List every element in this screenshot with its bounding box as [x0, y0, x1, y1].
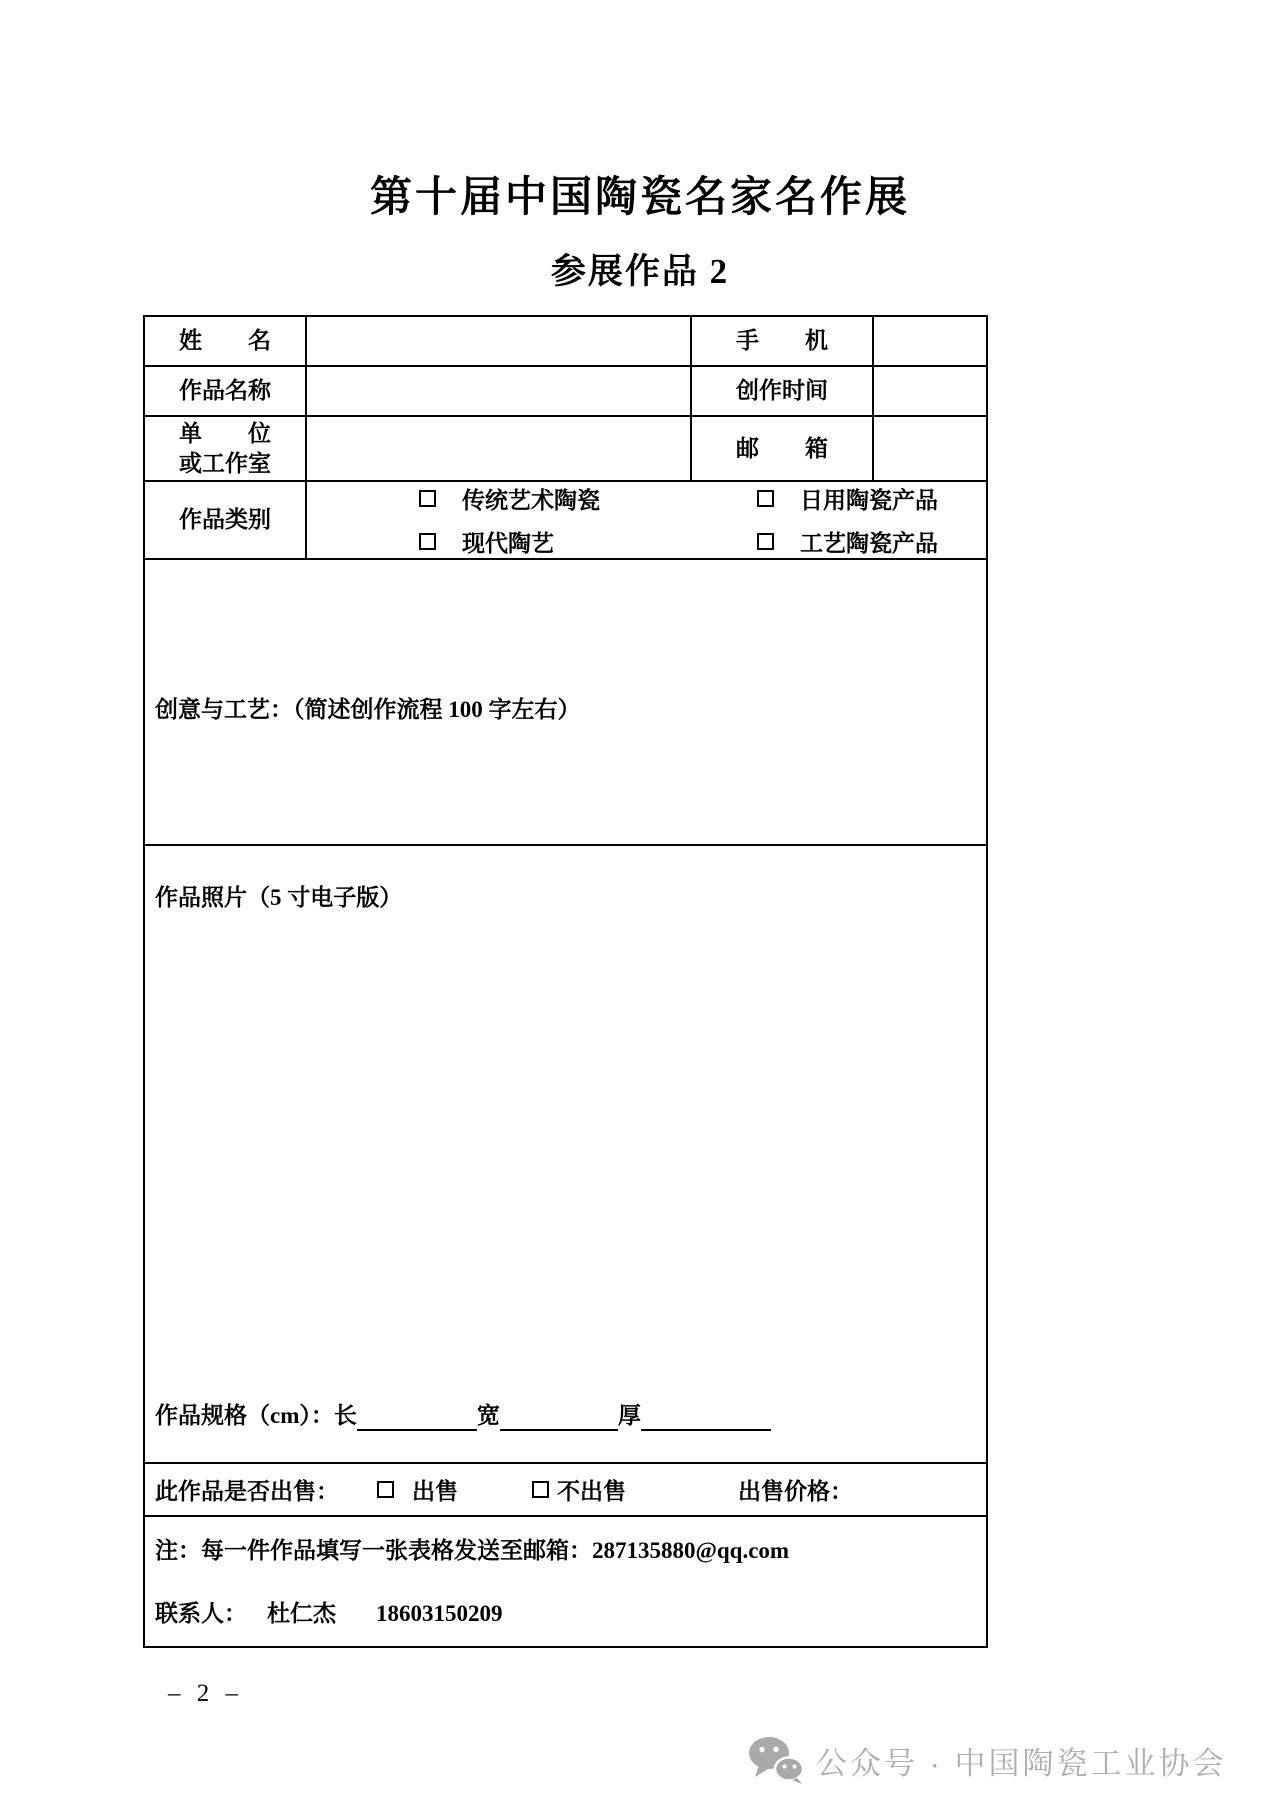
- category-option-craft: 工艺陶瓷产品: [757, 525, 986, 558]
- checkbox-not-for-sale[interactable]: [532, 1481, 549, 1498]
- name-label: 姓 名: [144, 316, 306, 366]
- category-option-daily: 日用陶瓷产品: [757, 482, 986, 515]
- note-line2: 联系人：杜仁杰18603150209: [155, 1595, 976, 1628]
- row-worktitle-time: 作品名称 创作时间: [144, 366, 987, 416]
- row-creative: 创意与工艺：（简述创作流程 100 字左右）: [144, 559, 987, 845]
- category-label: 作品类别: [144, 481, 306, 559]
- phone-label: 手 机: [691, 316, 873, 366]
- category-option-modern: 现代陶艺: [419, 525, 757, 558]
- contact-name: 杜仁杰: [267, 1601, 336, 1626]
- category-option-label: 日用陶瓷产品: [800, 482, 938, 515]
- category-option-label: 传统艺术陶瓷: [462, 482, 600, 515]
- work-title-label: 作品名称: [144, 366, 306, 416]
- work-title-input-cell[interactable]: [306, 366, 691, 416]
- checkbox-modern-ceramic-art[interactable]: [419, 533, 436, 550]
- creation-time-input-cell[interactable]: [873, 366, 987, 416]
- email-input-cell[interactable]: [873, 416, 987, 481]
- note-line1: 注：每一件作品填写一张表格发送至邮箱：287135880@qq.com: [155, 1532, 976, 1565]
- checkbox-craft-ceramics[interactable]: [757, 533, 774, 550]
- sale-question: 此作品是否出售：: [155, 1473, 339, 1506]
- row-name-phone: 姓 名 手 机: [144, 316, 987, 366]
- note-cell: 注：每一件作品填写一张表格发送至邮箱：287135880@qq.com 联系人：…: [144, 1516, 987, 1647]
- page-number: – 2 –: [168, 1680, 243, 1708]
- unit-input-cell[interactable]: [306, 416, 691, 481]
- sale-price-label: 出售价格：: [738, 1473, 853, 1506]
- spec-prefix: 作品规格（cm）：长: [155, 1401, 357, 1431]
- sale-inner: 此作品是否出售： 出售 不出售 出售价格：: [145, 1473, 986, 1506]
- category-option-label: 现代陶艺: [462, 525, 554, 558]
- sale-not-sell-label: 不出售: [557, 1473, 626, 1506]
- row-note: 注：每一件作品填写一张表格发送至邮箱：287135880@qq.com 联系人：…: [144, 1516, 987, 1647]
- watermark-text: 公众号 · 中国陶瓷工业协会: [816, 1738, 1227, 1783]
- phone-input-cell[interactable]: [873, 316, 987, 366]
- row-unit-email: 单 位 或工作室 邮 箱: [144, 416, 987, 481]
- spec-line: 作品规格（cm）：长宽厚: [155, 1401, 974, 1431]
- spec-thickness-blank[interactable]: [641, 1401, 771, 1431]
- row-category: 作品类别 传统艺术陶瓷 日用陶瓷产品 现代陶艺: [144, 481, 987, 559]
- category-options-cell: 传统艺术陶瓷 日用陶瓷产品 现代陶艺 工艺陶瓷产品: [306, 481, 987, 559]
- sale-cell: 此作品是否出售： 出售 不出售 出售价格：: [144, 1463, 987, 1516]
- unit-label-line1: 单 位: [145, 419, 305, 449]
- spec-width-blank[interactable]: [500, 1401, 618, 1431]
- photo-cell[interactable]: 作品照片（5 寸电子版） 作品规格（cm）：长宽厚: [144, 845, 987, 1463]
- category-option-traditional: 传统艺术陶瓷: [419, 482, 757, 515]
- name-input-cell[interactable]: [306, 316, 691, 366]
- contact-phone: 18603150209: [376, 1601, 503, 1626]
- checkbox-daily-use-ceramics[interactable]: [757, 490, 774, 507]
- category-option-label: 工艺陶瓷产品: [800, 525, 938, 558]
- wechat-icon: [748, 1736, 804, 1784]
- email-label: 邮 箱: [691, 416, 873, 481]
- checkbox-for-sale[interactable]: [377, 1481, 394, 1498]
- entry-form-table: 姓 名 手 机 作品名称 创作时间 单 位 或工作室 邮 箱: [143, 315, 988, 1648]
- unit-label-line2: 或工作室: [145, 449, 305, 479]
- creative-heading: 创意与工艺：（简述创作流程 100 字左右）: [155, 697, 581, 722]
- category-options-grid: 传统艺术陶瓷 日用陶瓷产品 现代陶艺 工艺陶瓷产品: [307, 482, 986, 558]
- spec-length-blank[interactable]: [357, 1401, 477, 1431]
- photo-cell-inner: 作品照片（5 寸电子版） 作品规格（cm）：长宽厚: [145, 847, 986, 1461]
- spec-width-label: 宽: [477, 1401, 500, 1431]
- row-photo: 作品照片（5 寸电子版） 作品规格（cm）：长宽厚: [144, 845, 987, 1463]
- note-inner: 注：每一件作品填写一张表格发送至邮箱：287135880@qq.com 联系人：…: [145, 1517, 986, 1646]
- page-subtitle: 参展作品 2: [0, 244, 1280, 294]
- photo-heading: 作品照片（5 寸电子版）: [155, 879, 974, 912]
- creation-time-label: 创作时间: [691, 366, 873, 416]
- unit-label: 单 位 或工作室: [144, 416, 306, 481]
- page-title: 第十届中国陶瓷名家名作展: [0, 164, 1280, 224]
- watermark: 公众号 · 中国陶瓷工业协会: [748, 1736, 1227, 1784]
- row-sale: 此作品是否出售： 出售 不出售 出售价格：: [144, 1463, 987, 1516]
- document-page: 第十届中国陶瓷名家名作展 参展作品 2 姓 名 手 机 作品名称 创作时间 单 …: [0, 0, 1280, 1809]
- contact-label: 联系人：: [155, 1601, 247, 1626]
- checkbox-traditional-art-ceramics[interactable]: [419, 490, 436, 507]
- spec-thickness-label: 厚: [618, 1401, 641, 1431]
- sale-sell-label: 出售: [412, 1473, 458, 1506]
- creative-description-cell[interactable]: 创意与工艺：（简述创作流程 100 字左右）: [144, 559, 987, 845]
